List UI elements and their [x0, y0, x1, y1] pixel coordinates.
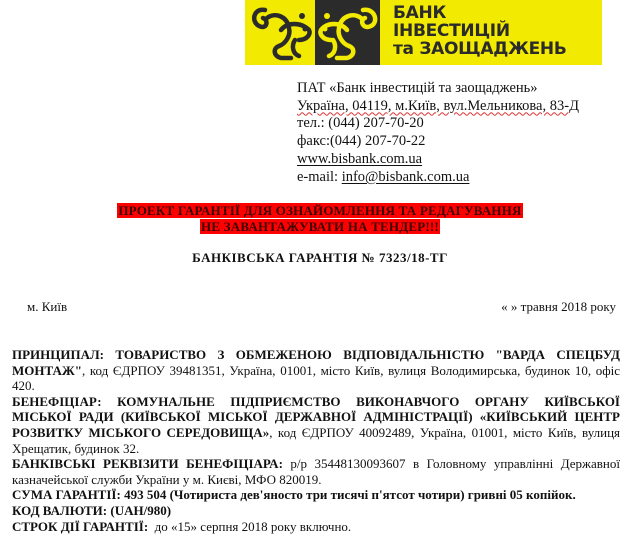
- bank-fax: факс:(044) 207-70-22: [297, 133, 579, 151]
- warning-line-1: ПРОЕКТ ГАРАНТІЇ ДЛЯ ОЗНАЙОМЛЕННЯ ТА РЕДА…: [117, 203, 522, 218]
- guarantee-body: ПРИНЦИПАЛ: ТОВАРИСТВО З ОБМЕЖЕНОЮ ВІДПОВ…: [12, 347, 620, 534]
- term-label: СТРОК ДІЇ ГАРАНТІЇ:: [12, 519, 148, 534]
- website-link[interactable]: www.bisbank.com.ua: [297, 151, 422, 167]
- currency-label: КОД ВАЛЮТИ:: [12, 503, 107, 518]
- bank-logo: БАНК ІНВЕСТИЦІЙ та ЗАОЩАДЖЕНЬ: [245, 0, 602, 65]
- logo-line-3: та ЗАОЩАДЖЕНЬ: [393, 40, 566, 58]
- bank-details-section: БАНКІВСЬКІ РЕКВІЗИТИ БЕНЕФІЦІАРА: р/р 35…: [12, 456, 620, 487]
- beneficiary-section: БЕНЕФІЦІАР: КОМУНАЛЬНЕ ПІДПРИЄМСТВО ВИКО…: [12, 394, 620, 456]
- principal-details: , код ЄДРПОУ 39481351, Україна, 01001, м…: [12, 363, 620, 394]
- amount-value: 493 504 (Чотириста дев'яносто три тисячі…: [121, 487, 576, 502]
- logo-brand-text: БАНК ІНВЕСТИЦІЙ та ЗАОЩАДЖЕНЬ: [393, 4, 566, 58]
- logo-line-1: БАНК: [393, 4, 566, 22]
- bank-street: Україна, 04119, м.Київ, вул.Мельникова, …: [297, 98, 579, 116]
- term-value: до «15» серпня 2018 року включно.: [148, 519, 351, 534]
- principal-label: ПРИНЦИПАЛ:: [12, 347, 104, 362]
- document-title: БАНКІВСЬКА ГАРАНТІЯ № 7323/18-ТГ: [0, 250, 640, 266]
- amount-label: СУМА ГАРАНТІЇ:: [12, 487, 121, 502]
- amount-section: СУМА ГАРАНТІЇ: 493 504 (Чотириста дев'ян…: [12, 487, 620, 503]
- term-section: СТРОК ДІЇ ГАРАНТІЇ: до «15» серпня 2018 …: [12, 519, 620, 535]
- draft-warning: ПРОЕКТ ГАРАНТІЇ ДЛЯ ОЗНАЙОМЛЕННЯ ТА РЕДА…: [0, 203, 640, 235]
- warning-line-2: НЕ ЗАВАНТАЖУВАТИ НА ТЕНДЕР!!!: [200, 219, 440, 234]
- currency-section: КОД ВАЛЮТИ: (UAH/980): [12, 503, 620, 519]
- document-place: м. Київ: [27, 299, 67, 315]
- email-label: e-mail:: [297, 169, 342, 185]
- document-date: « » травня 2018 року: [501, 299, 616, 315]
- squirrels-logo-icon: [245, 0, 385, 65]
- bank-phone: тел.: (044) 207-70-20: [297, 115, 579, 133]
- bank-details-label: БАНКІВСЬКІ РЕКВІЗИТИ БЕНЕФІЦІАРА:: [12, 456, 283, 471]
- bank-address-block: ПАТ «Банк інвестицій та заощаджень» Укра…: [297, 80, 579, 186]
- principal-section: ПРИНЦИПАЛ: ТОВАРИСТВО З ОБМЕЖЕНОЮ ВІДПОВ…: [12, 347, 620, 394]
- bank-name: ПАТ «Банк інвестицій та заощаджень»: [297, 80, 579, 98]
- logo-line-2: ІНВЕСТИЦІЙ: [393, 22, 566, 40]
- currency-value: (UAH/980): [107, 503, 171, 518]
- beneficiary-label: БЕНЕФІЦІАР:: [12, 394, 102, 409]
- email-link[interactable]: info@bisbank.com.ua: [342, 169, 470, 185]
